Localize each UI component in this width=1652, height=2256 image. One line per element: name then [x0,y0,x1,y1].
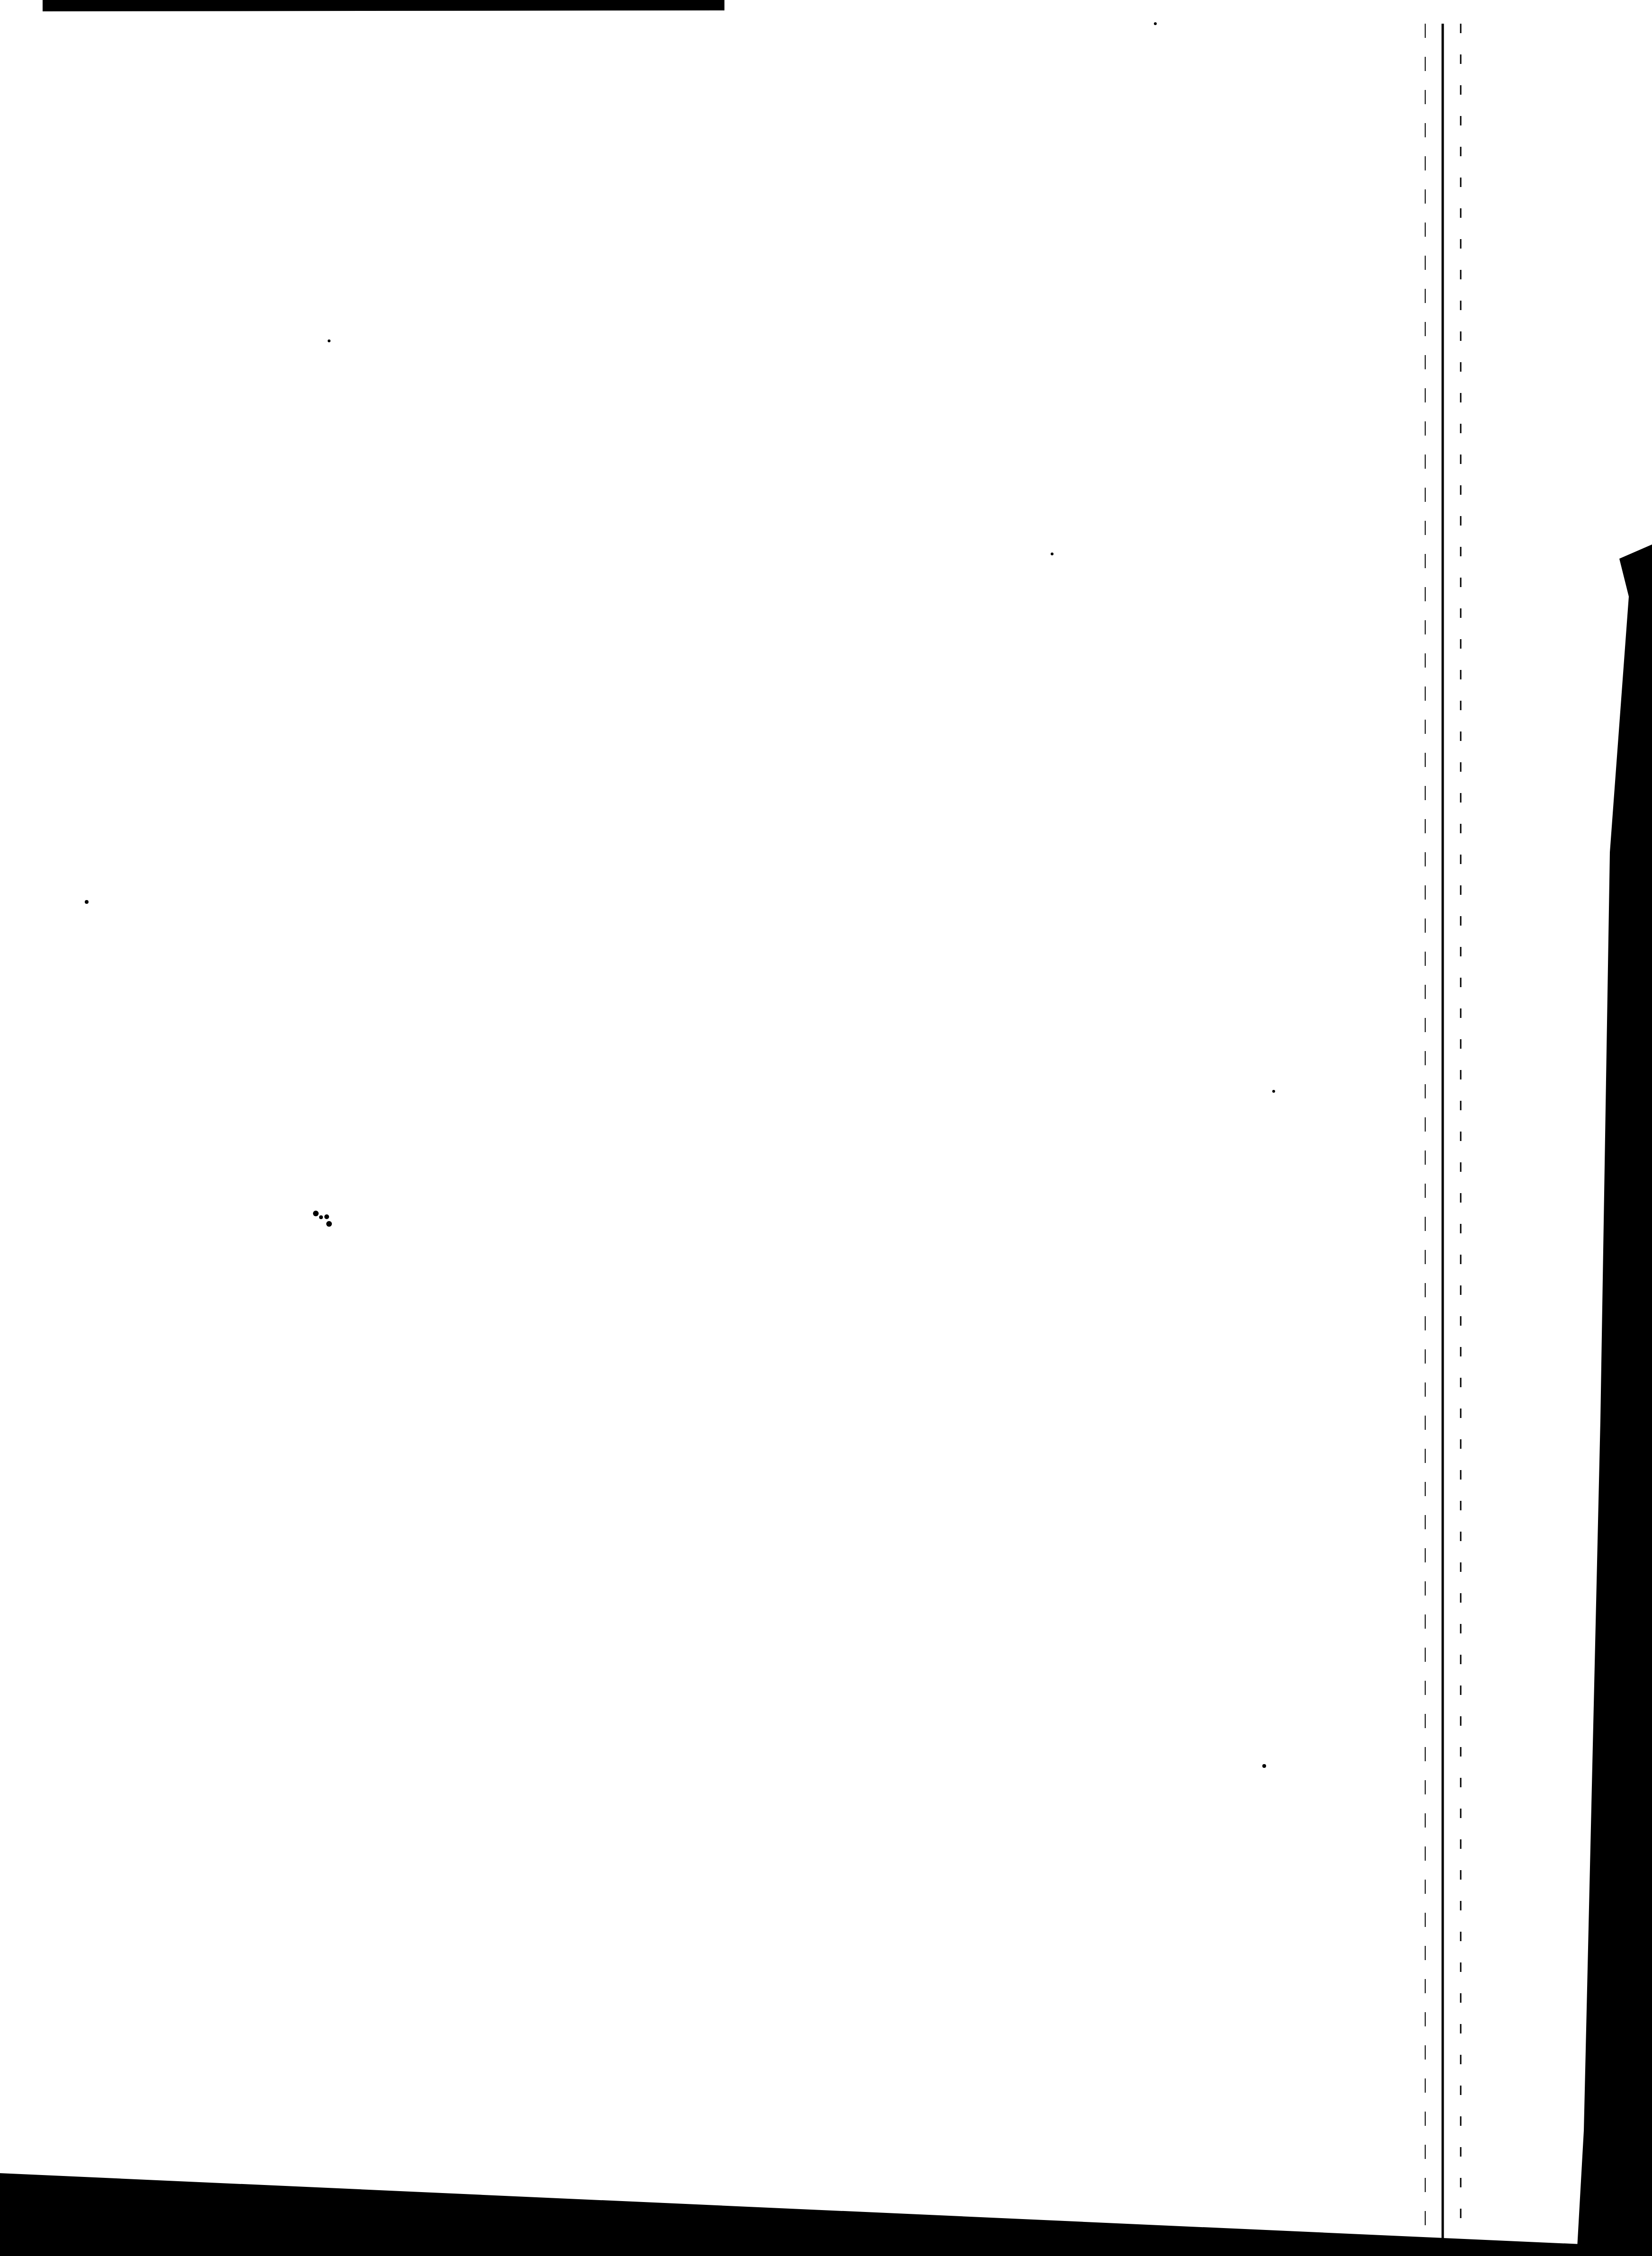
right-border-band [1577,544,1652,2256]
top-border-band [43,0,724,11]
scan-artifacts [0,0,1652,2256]
scanned-page [0,0,1652,2256]
scan-specks [85,22,1275,1768]
